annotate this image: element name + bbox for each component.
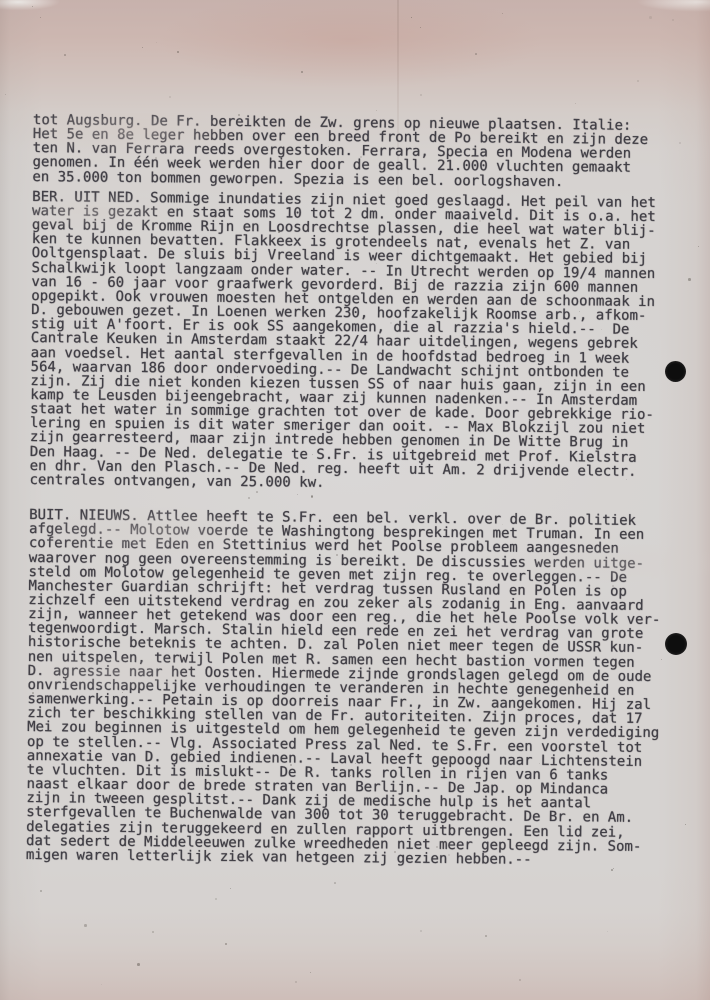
hole-punch-mark-1 bbox=[665, 361, 686, 382]
paragraph-front-news: tot Augsburg. De Fr. bereikten de Zw. gr… bbox=[32, 113, 688, 190]
paragraph-ber-uit-ned: BER. UIT NED. Sommige inundaties zijn ni… bbox=[29, 190, 687, 494]
paragraph-buit-nieuws: BUIT. NIEUWS. Attlee heeft te S.Fr. een … bbox=[26, 508, 684, 868]
scanned-document-page: tot Augsburg. De Fr. bereikten de Zw. gr… bbox=[0, 0, 710, 1000]
hole-punch-mark-2 bbox=[665, 633, 687, 655]
typewritten-text-block: tot Augsburg. De Fr. bereikten de Zw. gr… bbox=[26, 113, 688, 868]
